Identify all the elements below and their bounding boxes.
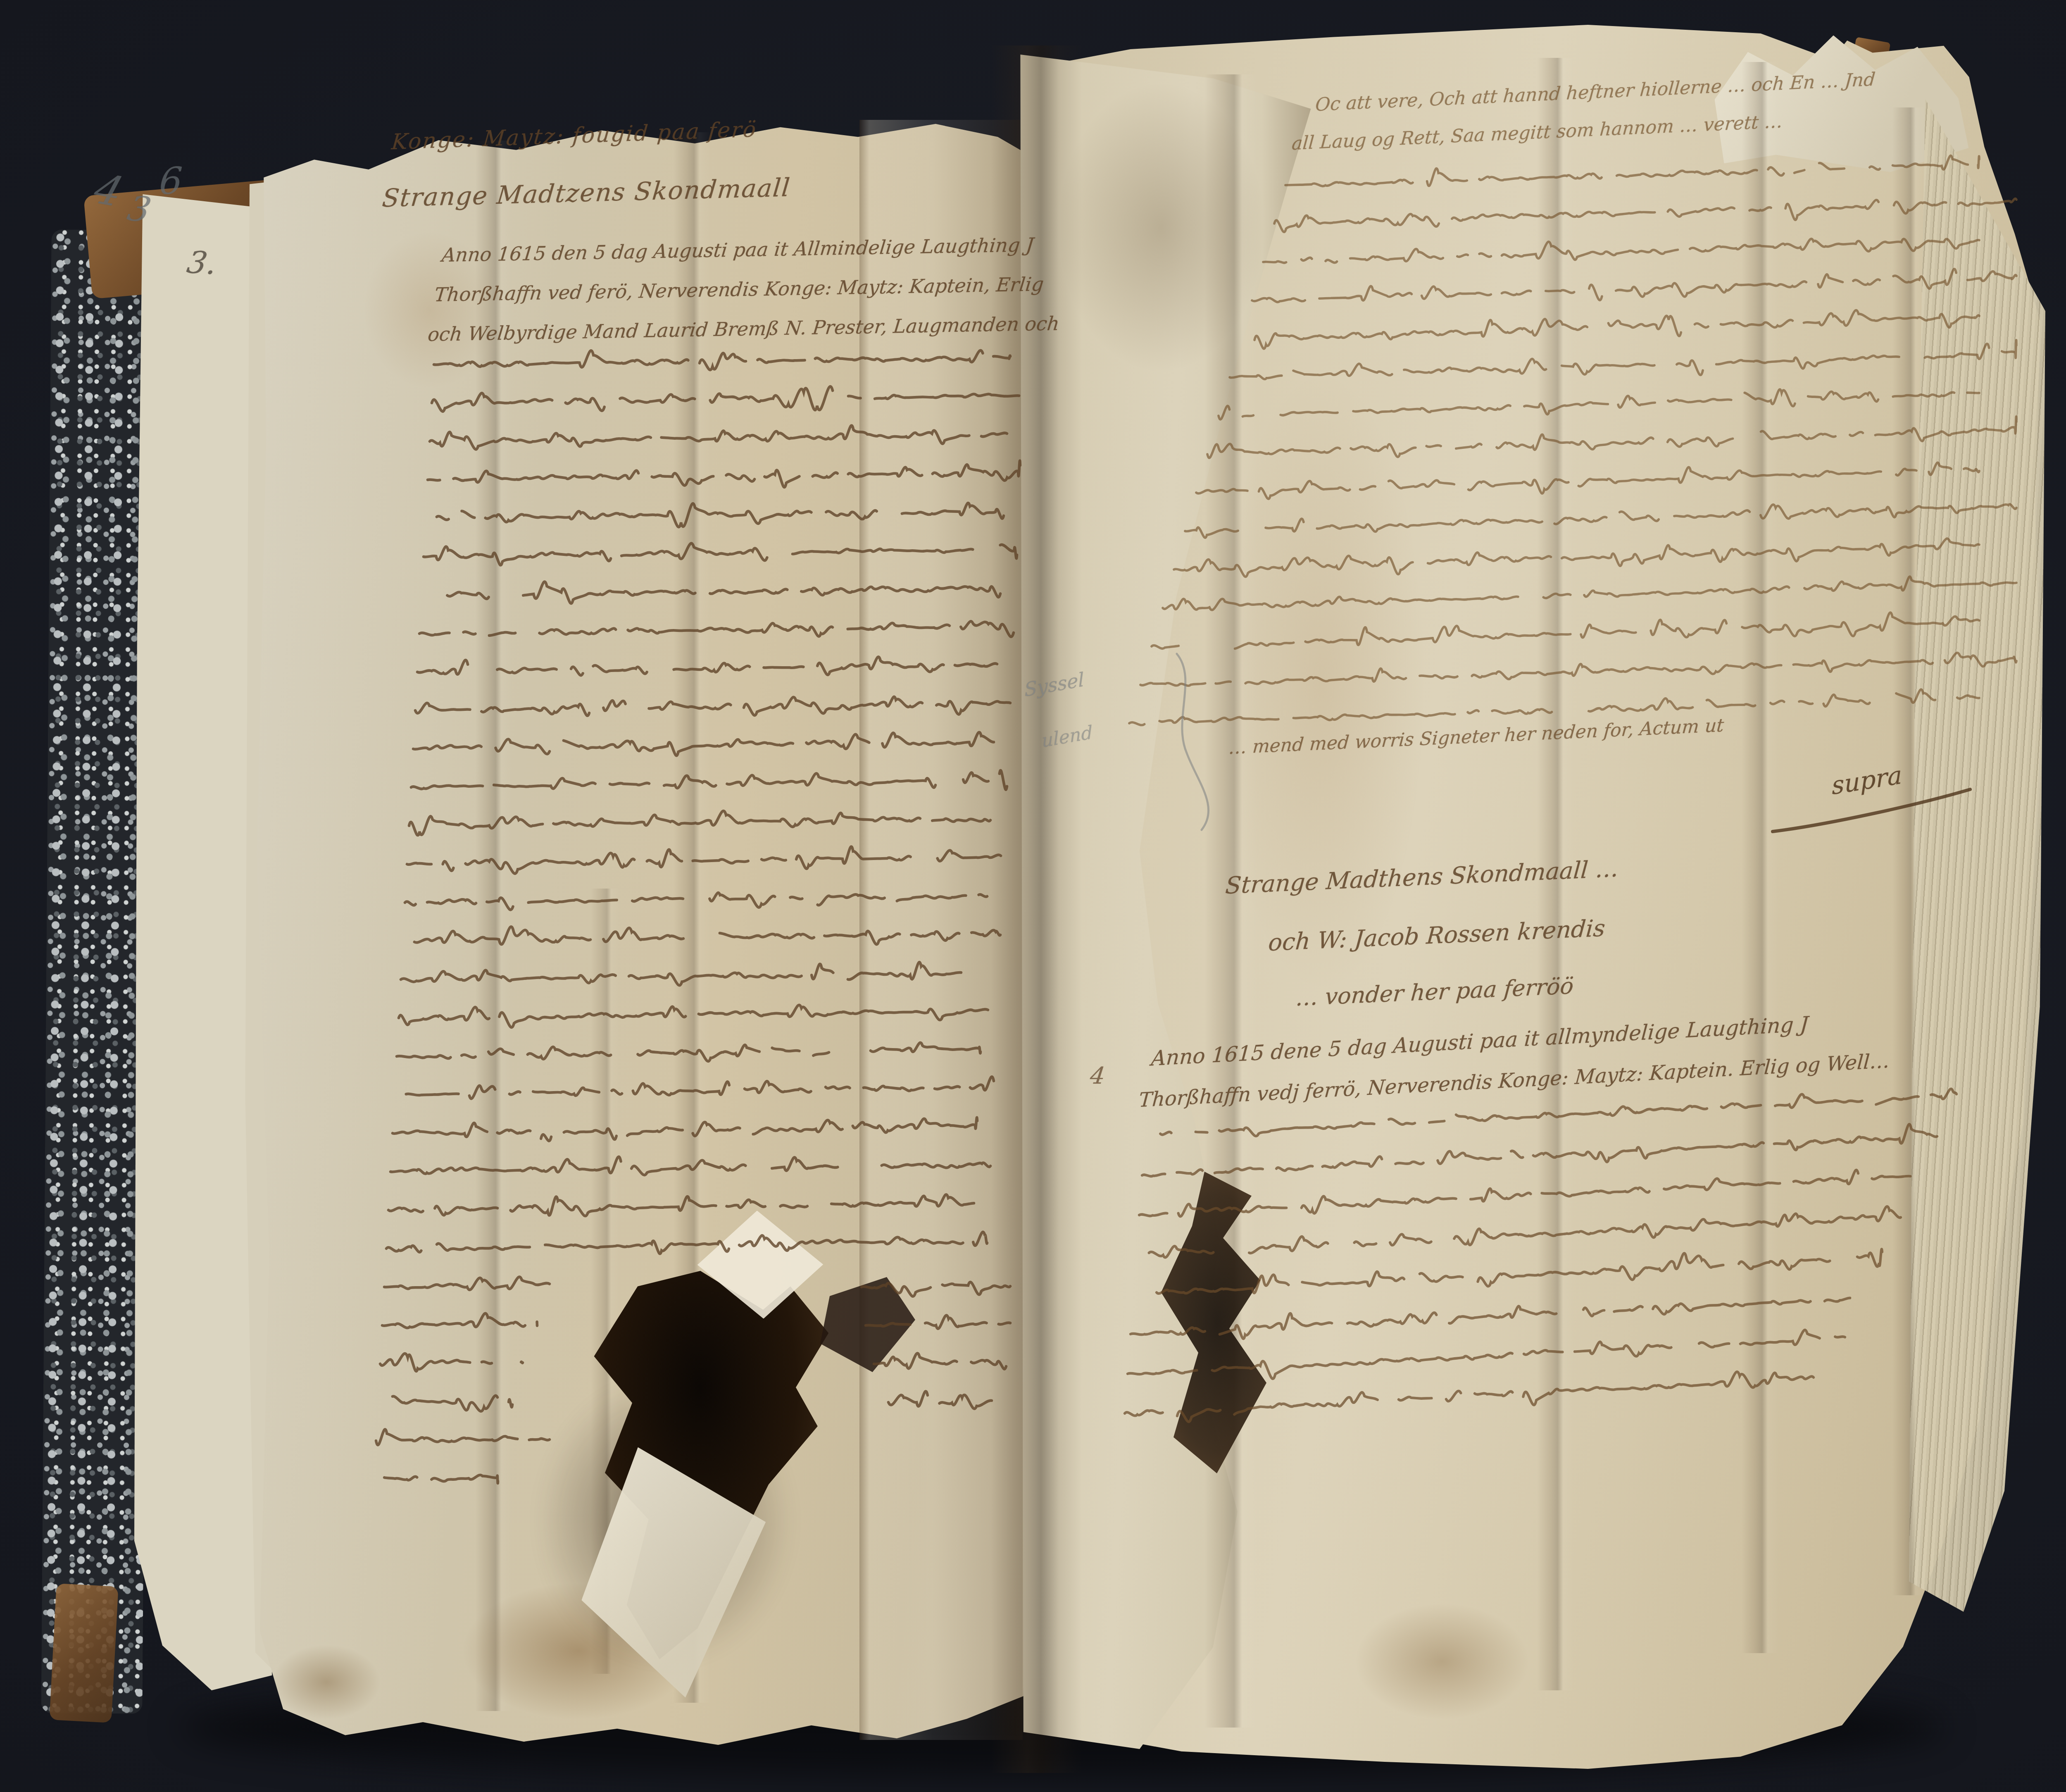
photo-stage: 4 3 6 3. Konge: Maytz: fougid paa ferö S…: [0, 0, 2066, 1792]
entry-number-left: 3.: [185, 247, 219, 279]
folio-digit: 6: [158, 162, 183, 200]
stain: [1219, 372, 1426, 992]
leather-edge-bottom-left: [49, 1583, 118, 1723]
entry-number-right: 4: [1089, 1065, 1107, 1088]
left-page-crease: [475, 141, 512, 1711]
stain: [1355, 1604, 1529, 1719]
fore-edge-page-stack: [1909, 99, 2045, 1612]
right-page-crease: [1892, 107, 1926, 1595]
stain: [273, 1645, 380, 1719]
right-page-crease: [1742, 62, 1779, 1653]
stain: [1058, 83, 1264, 372]
gutter-shadow: [991, 45, 1082, 1773]
